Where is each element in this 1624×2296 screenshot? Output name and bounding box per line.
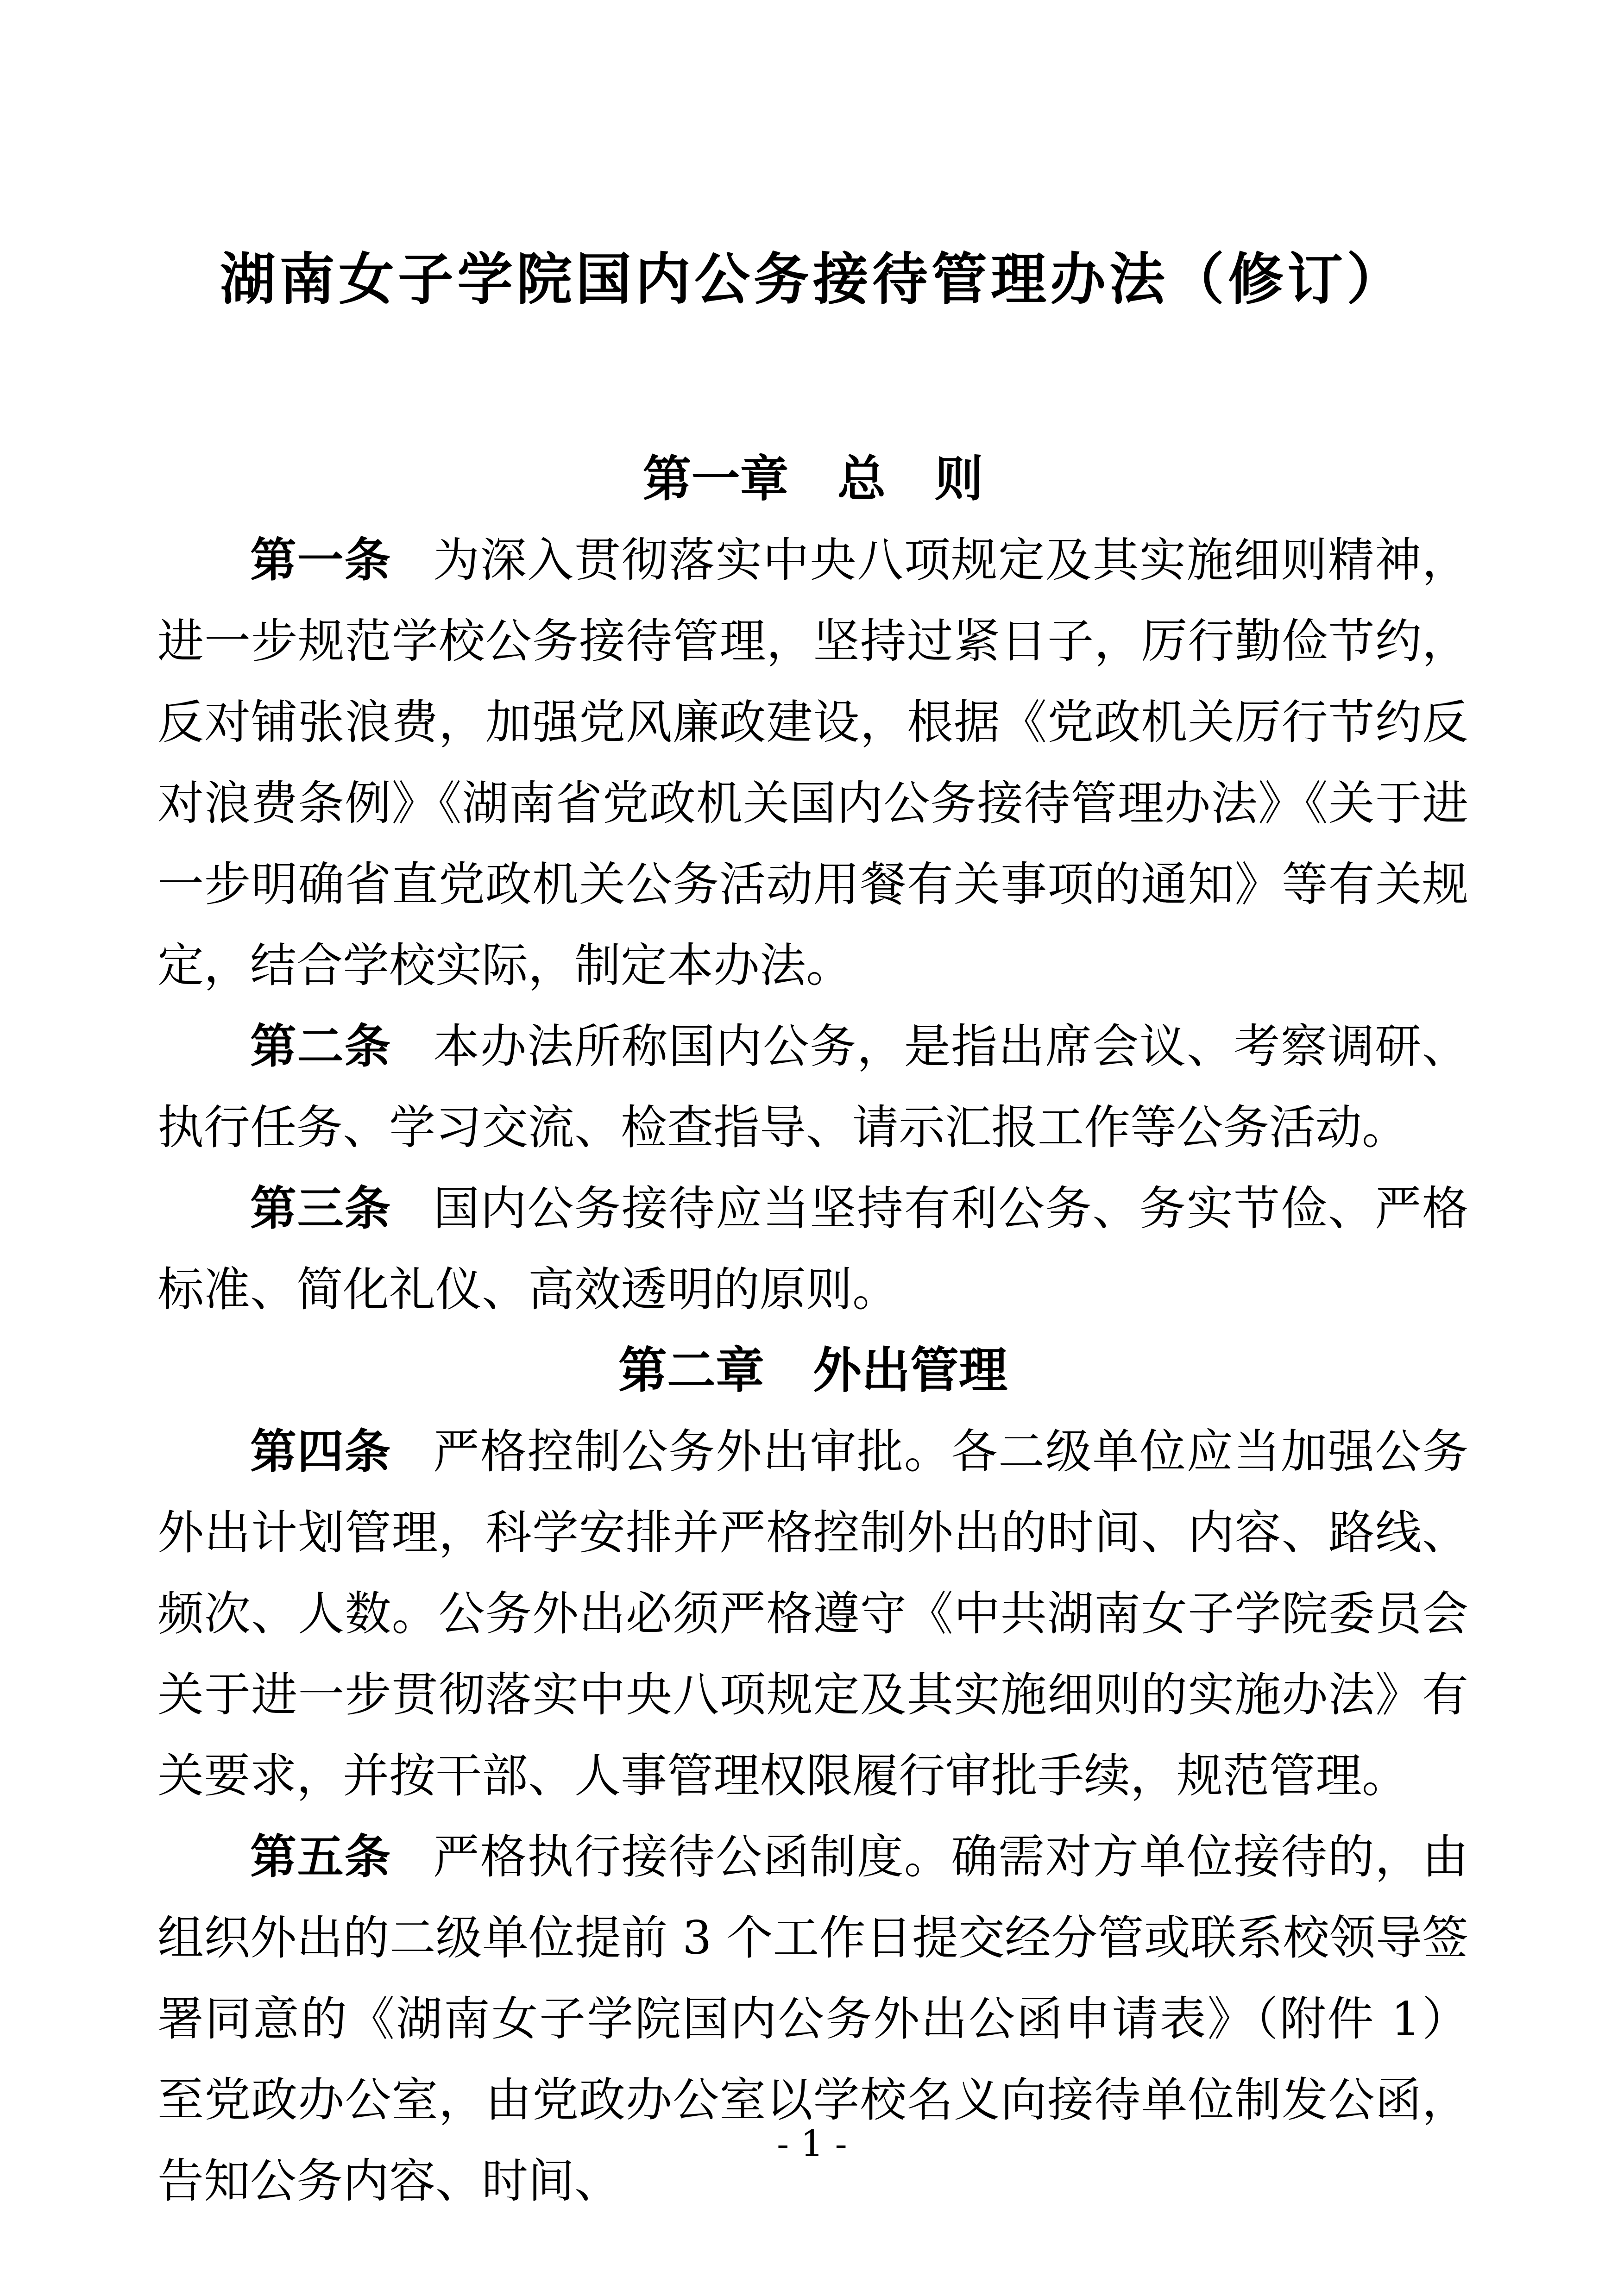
- page-number: - 1 -: [0, 2123, 1624, 2167]
- article-1-text: 为深入贯彻落实中央八项规定及其实施细则精神，进一步规范学校公务接待管理，坚持过紧…: [157, 533, 1468, 992]
- article-1-label: 第一条: [250, 533, 391, 587]
- article-2-label: 第二条: [250, 1019, 391, 1073]
- chapter-heading-outing-management: 第二章 外出管理: [157, 1330, 1468, 1411]
- article-5-label: 第五条: [250, 1830, 391, 1884]
- document-page: 湖南女子学院国内公务接待管理办法（修订） 第一章 总 则 第一条为深入贯彻落实中…: [0, 0, 1624, 2296]
- article-4-paragraph: 第四条严格控制公务外出审批。各二级单位应当加强公务外出计划管理，科学安排并严格控…: [157, 1411, 1468, 1816]
- article-2-paragraph: 第二条本办法所称国内公务，是指出席会议、考察调研、执行任务、学习交流、检查指导、…: [157, 1006, 1468, 1168]
- document-title: 湖南女子学院国内公务接待管理办法（修订）: [157, 247, 1468, 314]
- article-3-paragraph: 第三条国内公务接待应当坚持有利公务、务实节俭、严格标准、简化礼仪、高效透明的原则…: [157, 1168, 1468, 1330]
- article-3-label: 第三条: [250, 1181, 391, 1236]
- chapter-heading-general-rules: 第一章 总 则: [157, 439, 1468, 520]
- article-1-paragraph: 第一条为深入贯彻落实中央八项规定及其实施细则精神，进一步规范学校公务接待管理，坚…: [157, 520, 1468, 1006]
- article-4-text: 严格控制公务外出审批。各二级单位应当加强公务外出计划管理，科学安排并严格控制外出…: [157, 1424, 1468, 1803]
- article-4-label: 第四条: [250, 1424, 391, 1479]
